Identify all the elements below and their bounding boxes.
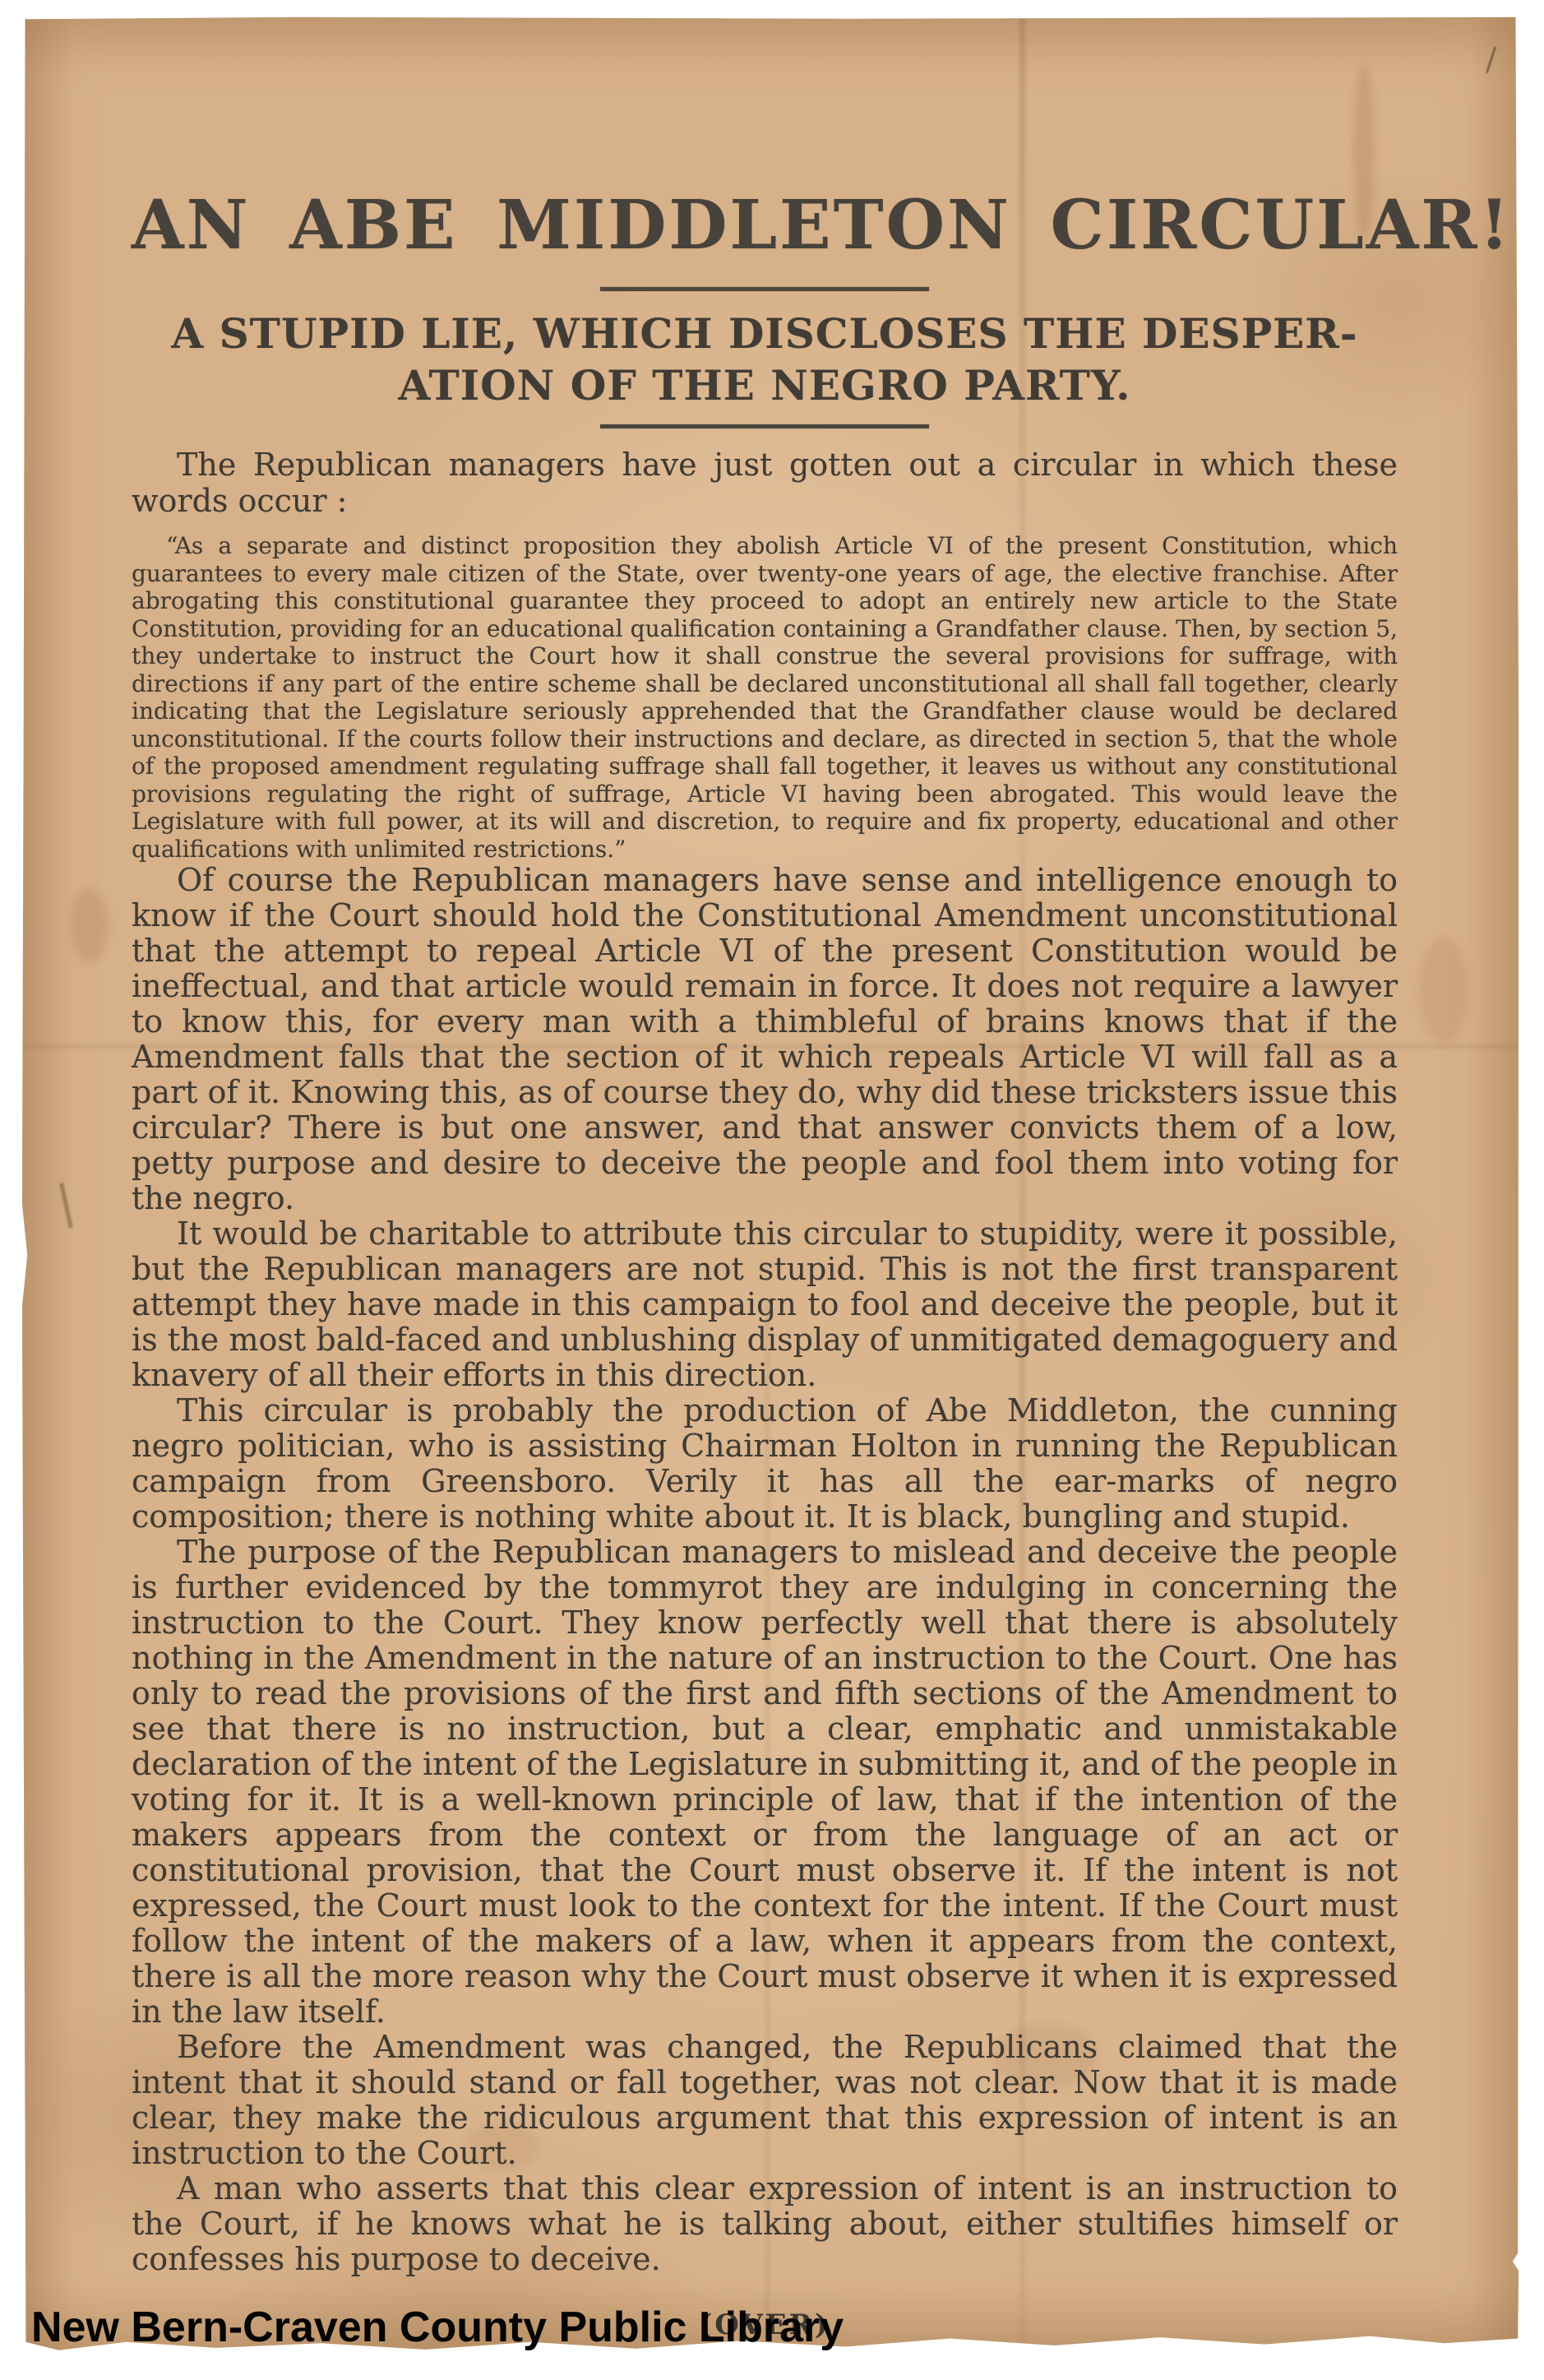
circular-subheadline: A STUPID LIE, WHICH DISCLOSES THE DESPER… <box>132 308 1398 411</box>
printed-text-column: AN ABE MIDDLETON CIRCULAR! A STUPID LIE,… <box>132 16 1398 2341</box>
circular-headline: AN ABE MIDDLETON CIRCULAR! <box>132 185 1398 266</box>
body-paragraph: A man who asserts that this clear expres… <box>132 2171 1398 2277</box>
headline-divider-rule <box>600 287 929 291</box>
body-paragraph: This circular is probably the production… <box>132 1393 1398 1535</box>
edge-tear-mark <box>59 1183 73 1229</box>
subheadline-divider-rule <box>600 424 929 428</box>
body-paragraph: Before the Amendment was changed, the Re… <box>132 2030 1398 2171</box>
intro-paragraph: The Republican managers have just gotten… <box>132 447 1398 519</box>
subheadline-line-1: A STUPID LIE, WHICH DISCLOSES THE DESPER… <box>132 308 1398 359</box>
body-paragraph: Of course the Republican managers have s… <box>132 863 1398 1216</box>
paper-stain <box>71 888 109 962</box>
body-paragraph: The purpose of the Republican managers t… <box>132 1535 1398 2030</box>
scanned-paper-sheet: AN ABE MIDDLETON CIRCULAR! A STUPID LIE,… <box>21 16 1519 2354</box>
body-paragraphs: Of course the Republican managers have s… <box>132 863 1398 2277</box>
quoted-circular-extract: “As a separate and distinct proposition … <box>132 532 1398 863</box>
body-paragraph: It would be charitable to attribute this… <box>132 1216 1398 1393</box>
ink-mark <box>1486 46 1496 73</box>
library-credit-caption: New Bern-Craven County Public Library <box>31 2303 844 2352</box>
subheadline-line-2: ATION OF THE NEGRO PARTY. <box>132 359 1398 411</box>
paper-stain <box>1419 938 1468 1044</box>
